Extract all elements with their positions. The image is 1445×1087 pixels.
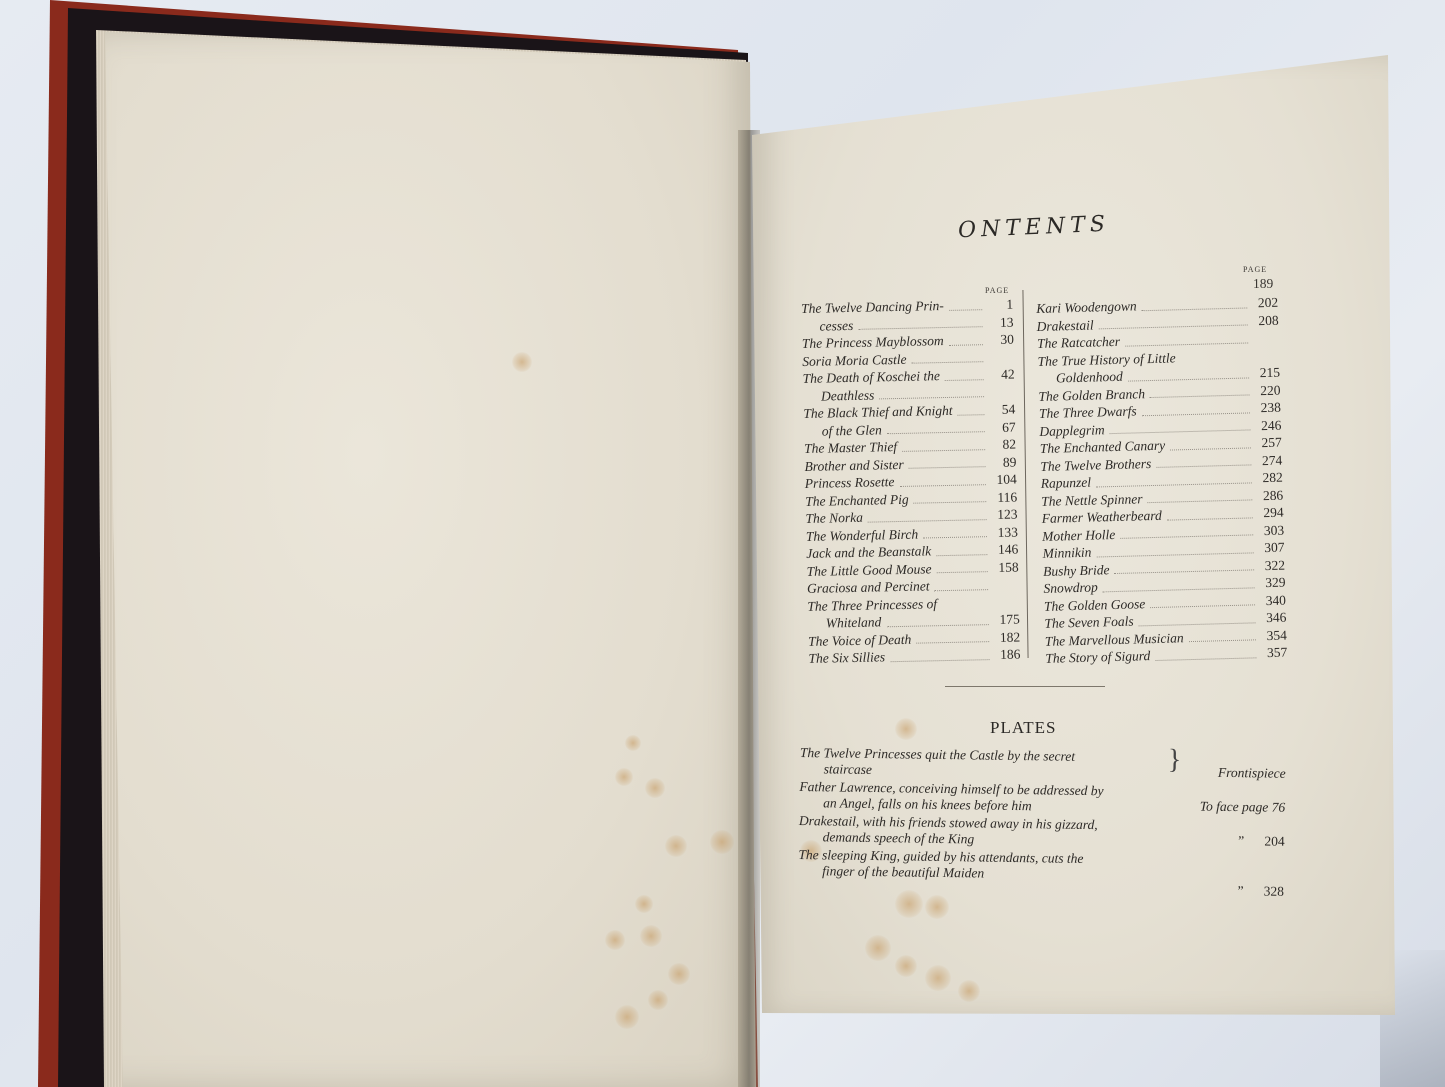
foxing-spot [605,930,625,950]
foxing-spot [625,735,641,751]
foxing-spot [895,955,917,977]
foxing-spot [648,990,668,1010]
foxing-spot [665,835,687,857]
plate-entry: Father Lawrence, conceiving himself to b… [799,779,1289,818]
section-divider-rule [945,686,1105,687]
foxing-spot [958,980,980,1002]
foxing-spot [615,1005,639,1029]
plate-reference: ” 204 [1238,833,1285,850]
page-column-header-left: PAGE [985,286,1009,295]
foxing-spot [668,963,690,985]
foxing-spot [615,768,633,786]
brace-glyph: } [1168,752,1182,768]
plate-entry: Drakestail, with his friends stowed away… [799,813,1289,852]
foxing-spot [895,718,917,740]
foxing-spot [645,778,665,798]
plates-list: The Twelve Princesses quit the Castle by… [798,745,1290,888]
plate-reference: To face page 76 [1200,799,1286,816]
plate-reference: Frontispiece [1218,765,1286,782]
foxing-spot [925,895,949,919]
page-column-header-right: PAGE [1243,265,1267,274]
plates-heading: PLATES [990,718,1056,738]
foxing-spot [640,925,662,947]
foxing-spot [635,895,653,913]
plate-reference: ” 328 [1237,883,1284,900]
contents-right-column: Kari Woodengown202 Drakestail208 The Rat… [1036,294,1288,668]
foxing-spot [710,830,734,854]
plate-entry: The sleeping King, guided by his attenda… [798,847,1288,886]
foxing-spot [925,965,951,991]
foxing-spot [865,935,891,961]
plate-entry: The Twelve Princesses quit the Castle by… [800,745,1290,784]
foxing-spot [512,352,532,372]
right-column-top-page: 189 [1253,276,1273,292]
contents-left-column: The Twelve Dancing Prin-1 cesses13 The P… [801,296,1021,668]
foxing-spot [895,890,923,918]
